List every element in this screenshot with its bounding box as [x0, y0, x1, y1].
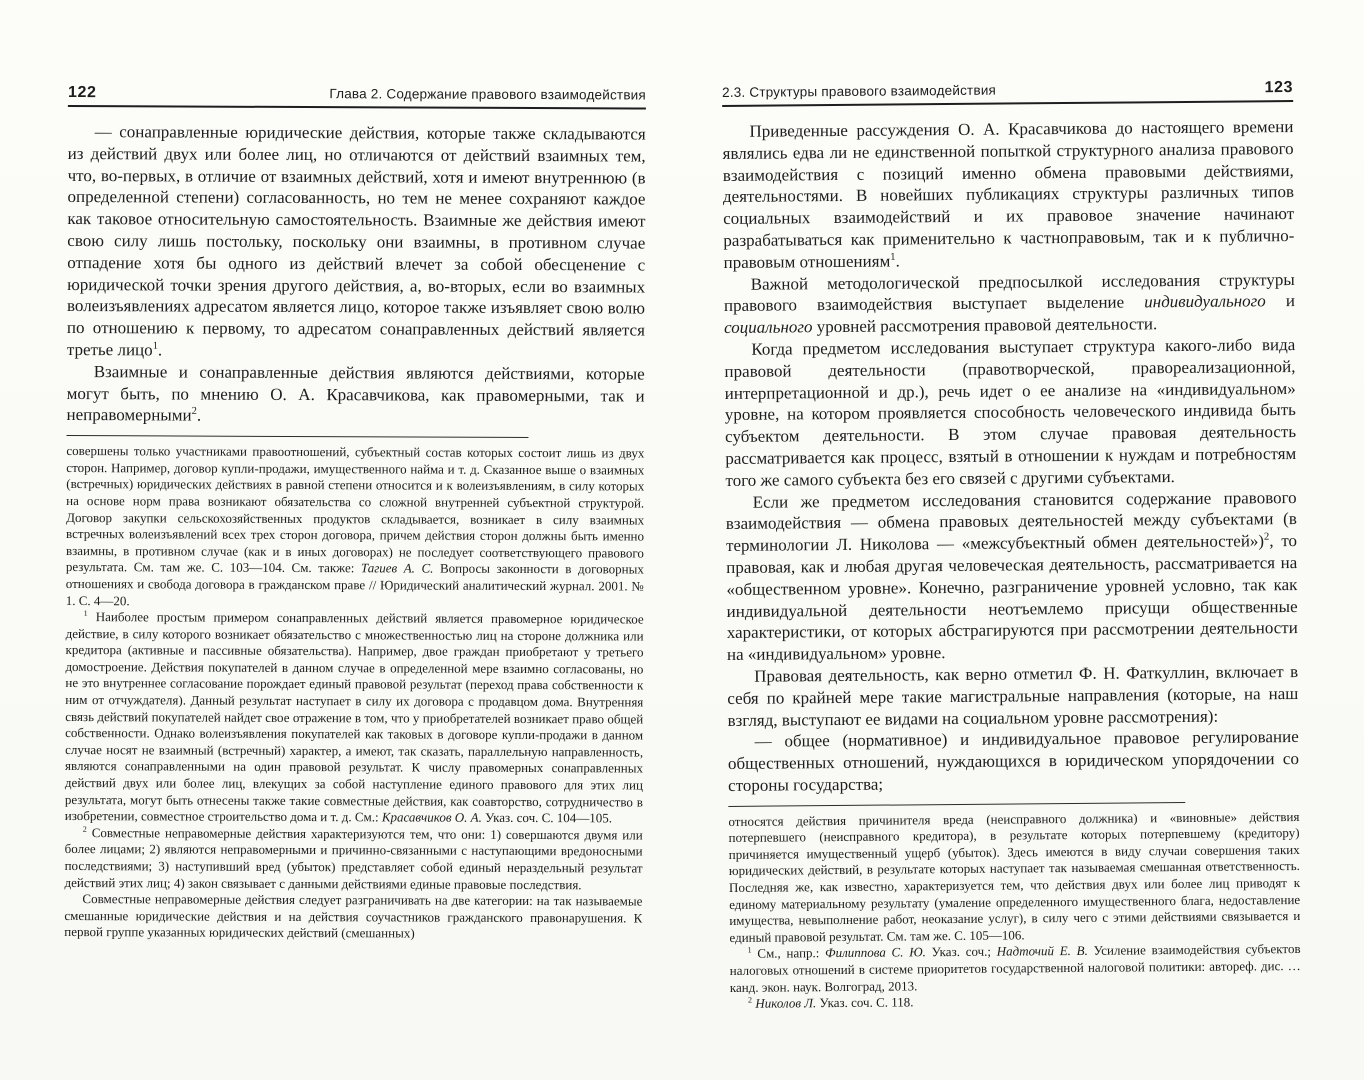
chapter-running-title: Глава 2. Содержание правового взаимодейс… — [329, 86, 646, 102]
paragraph: Если же предметом исследования становитс… — [726, 487, 1298, 666]
footnotes-right: относятся действия причинителя вреда (не… — [728, 809, 1301, 1013]
footnote-continuation: совершены только участниками правоотноше… — [66, 443, 645, 611]
footnotes-left: совершены только участниками правоотноше… — [64, 443, 644, 943]
page-number-left: 122 — [68, 84, 97, 102]
paragraph: Взаимные и сонаправленные действия являю… — [67, 361, 645, 429]
page-left: 122 Глава 2. Содержание правового взаимо… — [64, 84, 646, 943]
footnote-1: 1 Наиболее простым примером сонаправленн… — [65, 609, 644, 827]
paragraph: — сонаправленные юридические действия, к… — [67, 121, 646, 363]
main-text-left: — сонаправленные юридические действия, к… — [67, 121, 646, 429]
running-head-left: 122 Глава 2. Содержание правового взаимо… — [68, 84, 646, 105]
paragraph: Когда предметом исследования выступает с… — [724, 334, 1296, 492]
list-item-dash: — общее (нормативное) и индивидуальное п… — [728, 726, 1300, 796]
footnote-2-continued: Совместные неправомерные действия следуе… — [64, 891, 642, 943]
page-number-right: 123 — [1264, 79, 1293, 97]
page-right: 2.3. Структуры правового взаимодействия … — [722, 79, 1301, 1013]
section-running-title: 2.3. Структуры правового взаимодействия — [722, 83, 996, 100]
running-head-right: 2.3. Структуры правового взаимодействия … — [722, 79, 1293, 102]
header-rule-left — [68, 105, 646, 110]
footnote-2: 2 Совместные неправомерные действия хара… — [64, 825, 642, 894]
paragraph: Приведенные рассуждения О. А. Красавчико… — [722, 116, 1294, 274]
footnote-2: 2 Николов Л. Указ. соч. С. 118. — [730, 991, 1301, 1013]
main-text-right: Приведенные рассуждения О. А. Красавчико… — [722, 116, 1299, 797]
book-spread: 122 Глава 2. Содержание правового взаимо… — [0, 0, 1364, 1080]
footnote-1: 1 См., напр.: Филиппова С. Ю. Указ. соч.… — [730, 941, 1301, 996]
paragraph: Правовая деятельность, как верно отметил… — [727, 661, 1299, 731]
footnote-rule-right — [728, 802, 1185, 807]
paragraph: Важной методологической предпосылкой исс… — [724, 269, 1296, 339]
footnote-continuation: относятся действия причинителя вреда (не… — [728, 809, 1300, 947]
footnote-rule-left — [66, 435, 528, 438]
